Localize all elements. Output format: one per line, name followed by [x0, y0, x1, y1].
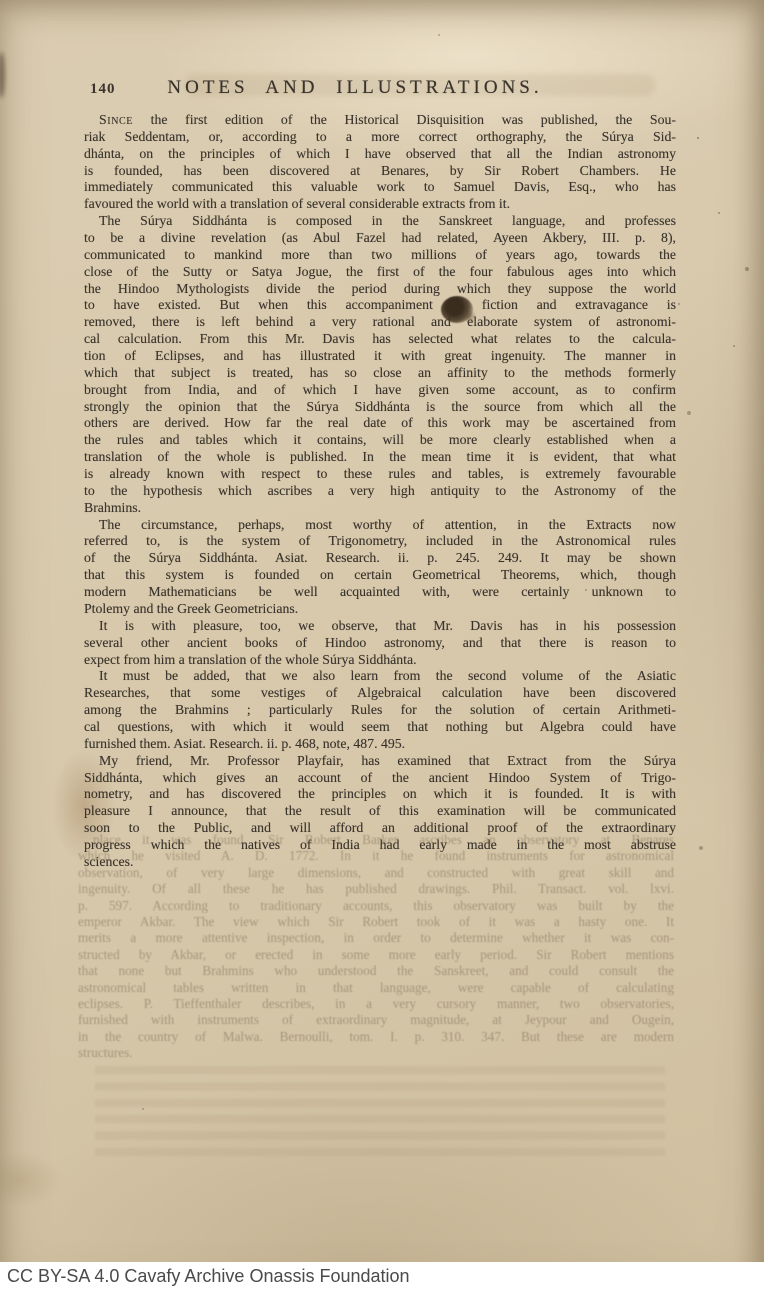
bleed-line: merits a more attentive inspection, in o… [78, 930, 674, 946]
ink-blot [441, 296, 473, 323]
text-line: modern Mathematicians be well acquainted… [84, 584, 676, 601]
text-line: tion of Eclipses, and has illustrated it… [84, 348, 676, 365]
bleed-line: astronomical tables written in that lang… [78, 980, 674, 996]
text-line: brought from India, and of which I have … [84, 382, 676, 399]
bleed-line: that none but Brahmins who understood th… [78, 963, 674, 979]
text-line: is founded, has been discovered at Benar… [84, 163, 676, 180]
text-line: translation of the whole is published. I… [84, 449, 676, 466]
text-line: The Súrya Siddhánta is composed in the S… [84, 213, 676, 230]
body-text: Since the first edition of the Historica… [84, 112, 676, 871]
bleed-line: structures. [78, 1045, 674, 1061]
lead-word: Since [99, 112, 133, 127]
bleed-line: emperor Akbar. The view which Sir Robert… [78, 914, 674, 930]
page-title: NOTES AND ILLUSTRATIONS. [0, 77, 710, 99]
text-line: favoured the world with a translation of… [84, 196, 676, 213]
text-line: Researches, that some vestiges of Algebr… [84, 685, 676, 702]
text-line: to the hypothesis which ascribes a very … [84, 483, 676, 500]
bleed-line: place it was found. Sir Robert Barker as… [78, 832, 674, 848]
text-line: the Hindoo Mythologists divide the perio… [84, 281, 676, 298]
text-line: is already known with respect to these r… [84, 466, 676, 483]
paper-specks [0, 0, 2, 2]
text-line: that this system is founded on certain G… [84, 567, 676, 584]
bleed-line: ingenuity. Of all these he has published… [78, 881, 674, 897]
bleedthrough-text: place it was found. Sir Robert Barker as… [78, 832, 674, 1061]
text-line: cal questions, with which it would seem … [84, 719, 676, 736]
text-line: of the Súrya Siddhánta. Asiat. Research.… [84, 550, 676, 567]
bleed-line: furnished with instruments of extraordin… [78, 1012, 674, 1028]
text-line: My friend, Mr. Professor Playfair, has e… [84, 753, 676, 770]
bleed-line: p. 597. According to traditionary accoun… [78, 898, 674, 914]
text-line: the rules and tables which it contains, … [84, 432, 676, 449]
text-line: several other ancient books of Hindoo as… [84, 635, 676, 652]
text-line: Since the first edition of the Historica… [84, 112, 676, 129]
text-line: immediately communicated this valuable w… [84, 179, 676, 196]
text-line: referred to, is the system of Trigonomet… [84, 533, 676, 550]
text-line: close of the Sutty or Satya Jogue, the f… [84, 264, 676, 281]
text-line: others are derived. How far the real dat… [84, 415, 676, 432]
text-line: pleasure I announce, that the result of … [84, 803, 676, 820]
faint-bleedthrough-lines [95, 1066, 665, 1162]
text-line: among the Brahmins ; particularly Rules … [84, 702, 676, 719]
license-text: CC BY-SA 4.0 Cavafy Archive Onassis Foun… [0, 1266, 410, 1286]
bleed-line: observation, of very large dimensions, a… [78, 865, 674, 881]
text-line: Brahmins. [84, 500, 676, 517]
text-line: to be a divine revelation (as Abul Fazel… [84, 230, 676, 247]
text-line: riak Seddentam, or, according to a more … [84, 129, 676, 146]
text-line: dhánta, on the principles of which I hav… [84, 146, 676, 163]
scanned-page: 140 NOTES AND ILLUSTRATIONS. Since the f… [0, 0, 764, 1291]
text-line: expect from him a translation of the who… [84, 652, 676, 669]
text-line: to have existed. But when this accompani… [84, 297, 676, 314]
text-line: which that subject is treated, has so cl… [84, 365, 676, 382]
text-line: furnished them. Asiat. Research. ii. p. … [84, 736, 676, 753]
text-line: communicated to mankind more than two mi… [84, 247, 676, 264]
bleed-line: which he visited A. D. 1772. In it he fo… [78, 848, 674, 864]
bleed-line: eclipses. P. Tieffenthaler describes, in… [78, 996, 674, 1012]
text-line: nometry, and has discovered the principl… [84, 786, 676, 803]
text-line: cal calculation. From this Mr. Davis has… [84, 331, 676, 348]
license-bar: CC BY-SA 4.0 Cavafy Archive Onassis Foun… [0, 1262, 764, 1291]
bleed-line: in the country of Malwa. Bernoulli, tom.… [78, 1029, 674, 1045]
text-line: The circumstance, perhaps, most worthy o… [84, 517, 676, 534]
text-line: It is with pleasure, too, we observe, th… [84, 618, 676, 635]
bleed-line: structed by Akbar, or erected in some mo… [78, 947, 674, 963]
text-line: It must be added, that we also learn fro… [84, 668, 676, 685]
text-line: strongly the opinion that the Súrya Sidd… [84, 399, 676, 416]
text-line: removed, there is left behind a very rat… [84, 314, 676, 331]
text-line: Siddhánta, which gives an account of the… [84, 770, 676, 787]
text-line: Ptolemy and the Greek Geometricians. [84, 601, 676, 618]
